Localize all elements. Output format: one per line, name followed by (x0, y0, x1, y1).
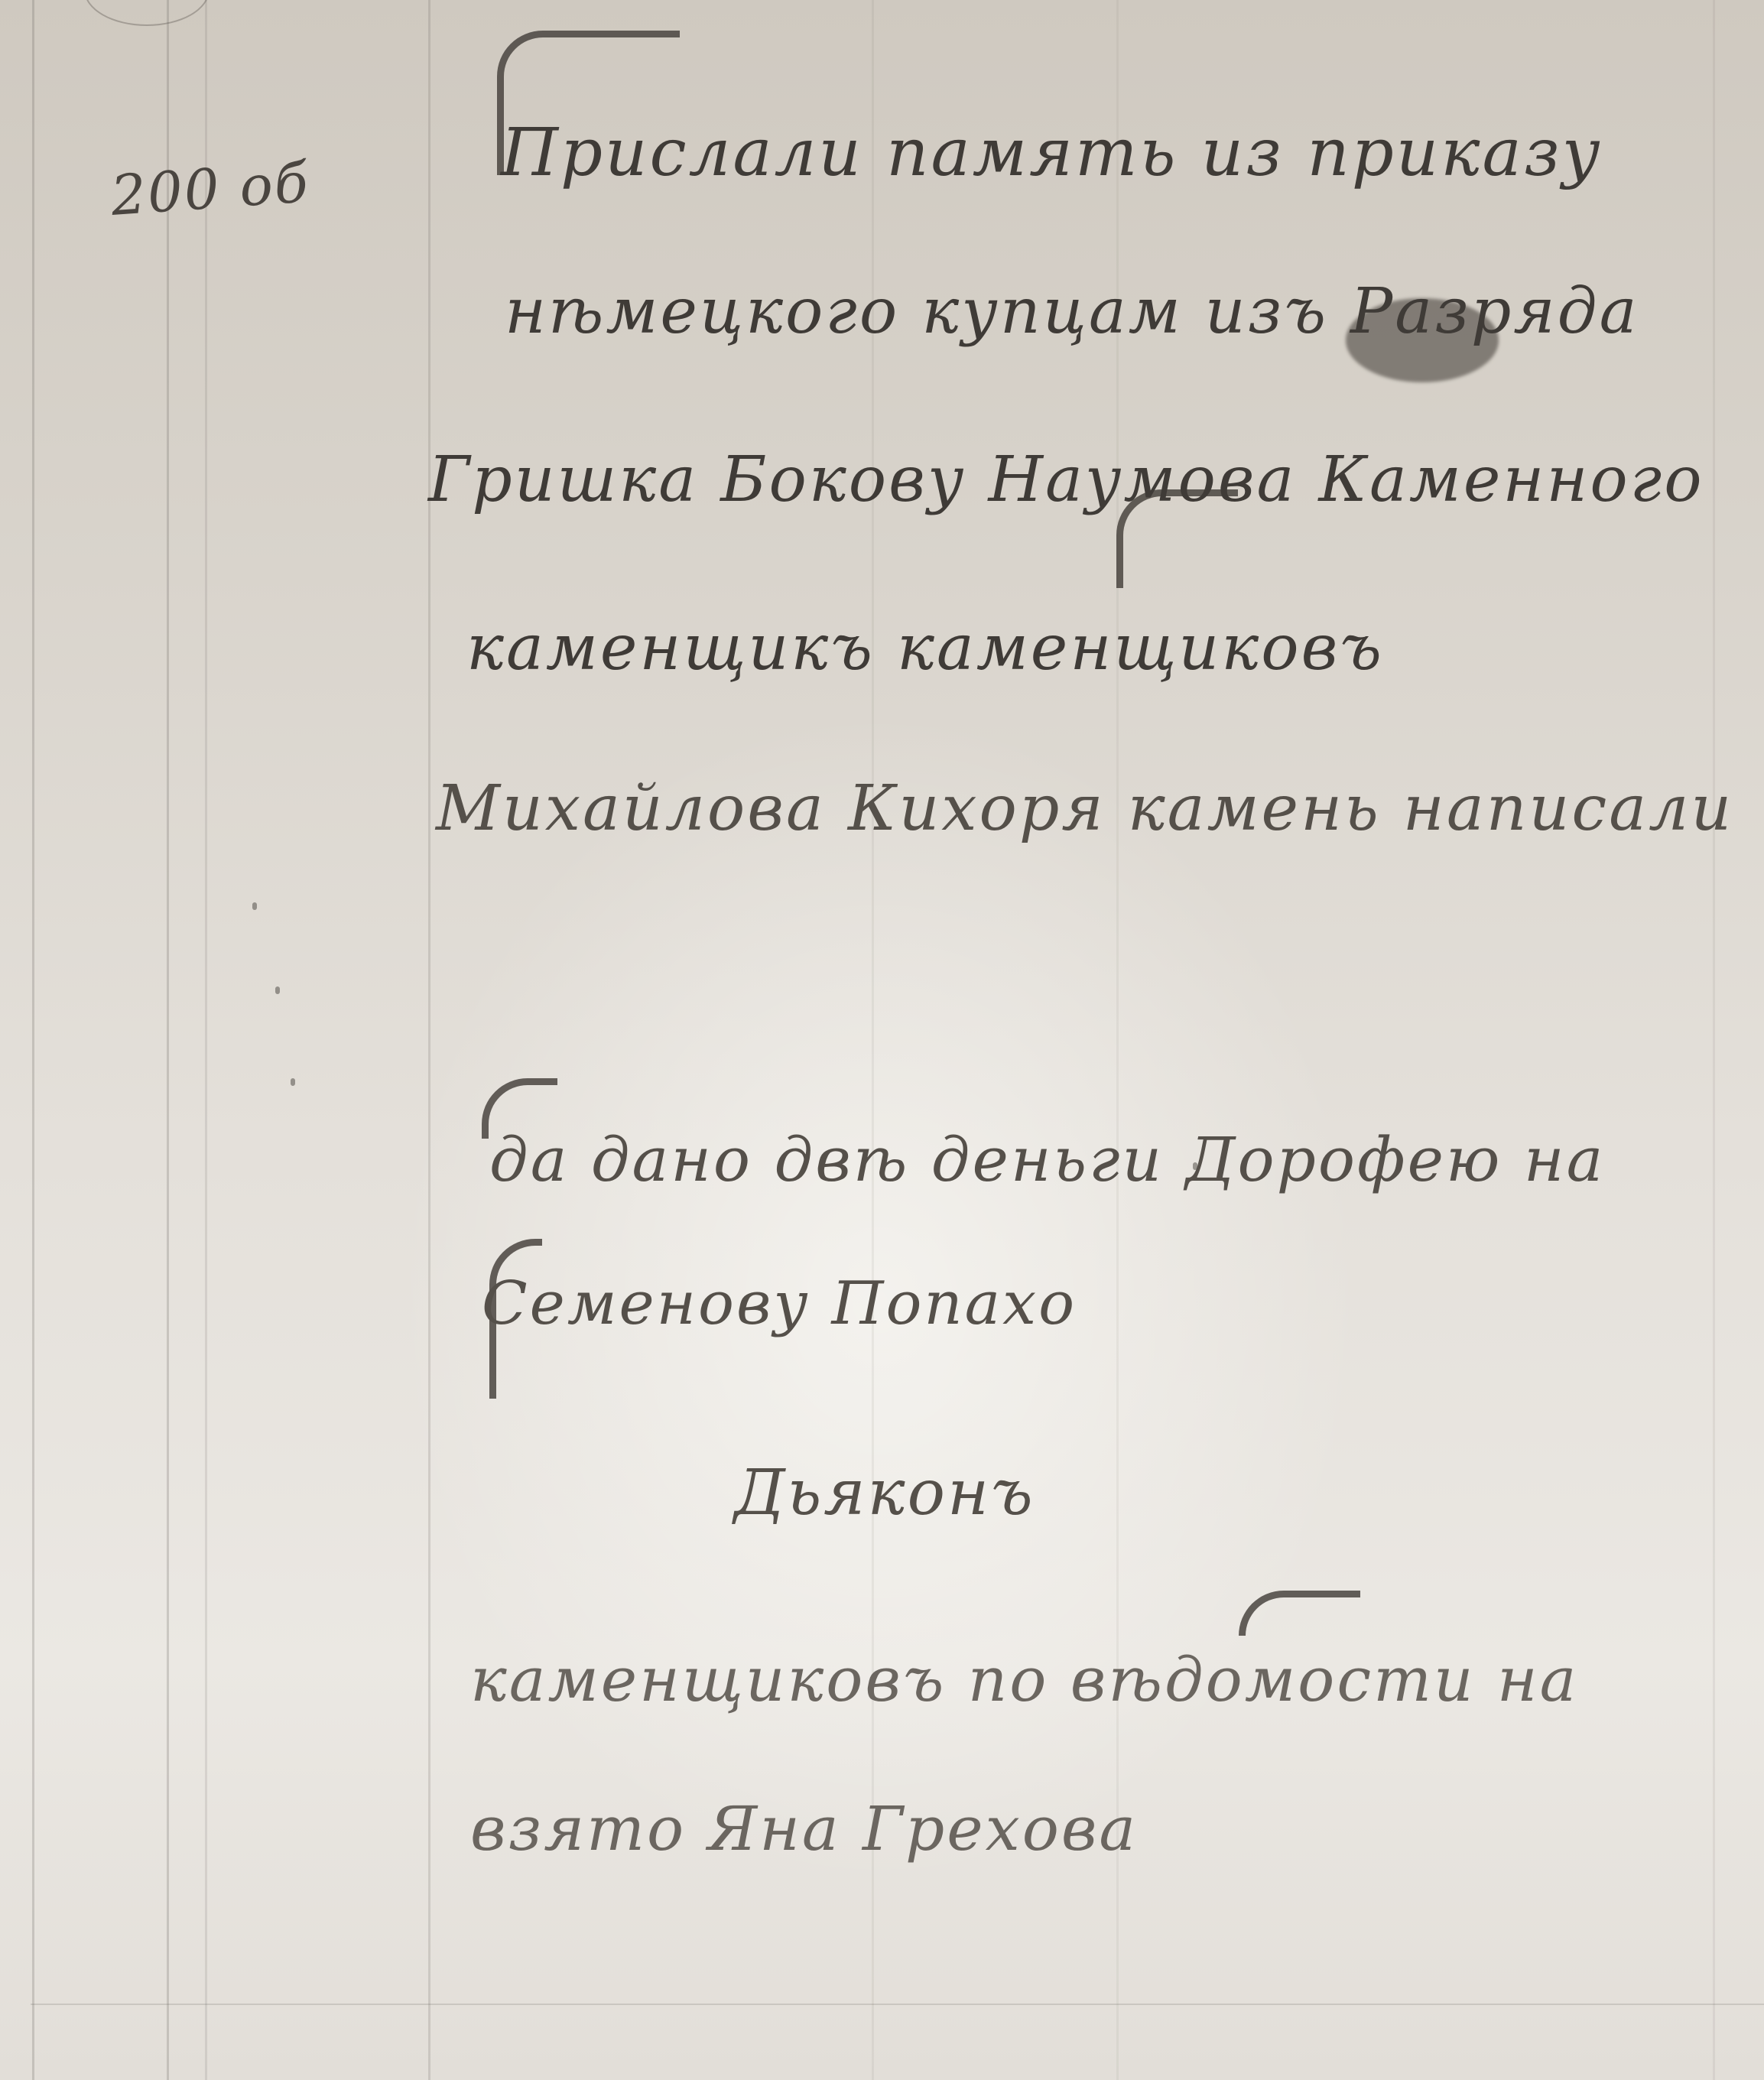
manuscript-line-3: Гришка Бокову Наумова Каменного (428, 444, 1704, 516)
speck (252, 902, 257, 910)
manuscript-page: 200 об Прислали память из приказу нѣмецк… (0, 0, 1764, 2080)
manuscript-line-4: каменщикъ каменщиковъ (466, 612, 1384, 684)
manuscript-line-8: Дьяконъ (734, 1457, 1035, 1529)
manuscript-line-6: да дано двѣ деньги Дорофею на (489, 1124, 1605, 1195)
margin-ruling-line (428, 0, 430, 2080)
ruling-line (205, 0, 207, 2080)
manuscript-line-5: Михайлова Кихоря камень написали (436, 772, 1733, 845)
speck (275, 986, 280, 994)
speck (291, 1078, 295, 1086)
ruling-line (167, 0, 169, 2080)
manuscript-line-7: Семенову Попахо (482, 1269, 1077, 1338)
manuscript-line-1: Прислали память из приказу (501, 115, 1603, 191)
superscript-stroke (1239, 1591, 1360, 1636)
manuscript-line-2: нѣмецкого купцам изъ Разряда (505, 275, 1639, 348)
ruling-line (1713, 0, 1715, 2080)
ruling-line (32, 0, 34, 2080)
corner-arc-mark (84, 0, 210, 26)
bottom-ruling-line (31, 2004, 1764, 2005)
folio-number: 200 об (109, 150, 311, 228)
manuscript-line-9: каменщиковъ по вѣдомости на (470, 1644, 1578, 1715)
manuscript-line-10: взято Яна Грехова (470, 1793, 1138, 1864)
